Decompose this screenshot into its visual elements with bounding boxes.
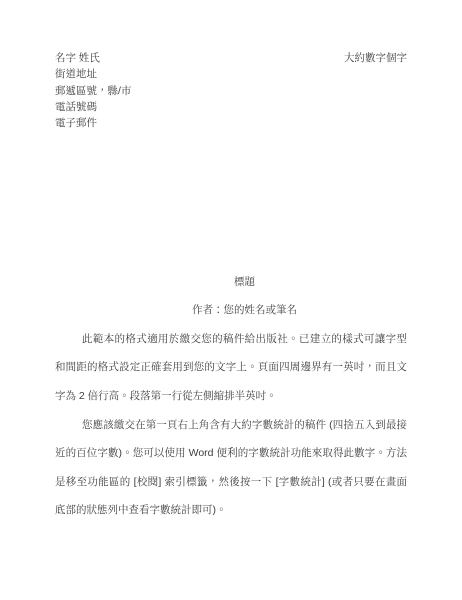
street-address-line: 街道地址	[55, 66, 407, 82]
phone-line: 電話號碼	[55, 99, 407, 115]
document-title: 標題	[55, 268, 407, 296]
body-paragraph: 您應該繳交在第一頁右上角含有大約字數統計的稿件 (四捨五入到最接近的百位字數)。…	[55, 411, 407, 525]
email-line: 電子郵件	[55, 115, 407, 131]
word-count-placeholder: 大約數字個字	[344, 50, 407, 66]
author-name-placeholder: 名字 姓氏	[55, 50, 100, 66]
header-row: 名字 姓氏 大約數字個字	[55, 50, 407, 66]
document-page: 名字 姓氏 大約數字個字 街道地址 郵遞區號，縣/市 電話號碼 電子郵件 標題 …	[0, 0, 462, 600]
body-paragraph: 此範本的格式適用於繳交您的稿件給出版社。已建立的樣式可讓字型和間距的格式設定正確…	[55, 325, 407, 410]
manuscript-content: 標題 作者：您的姓名或筆名 此範本的格式適用於繳交您的稿件給出版社。已建立的樣式…	[55, 268, 407, 525]
contact-info-block: 名字 姓氏 大約數字個字 街道地址 郵遞區號，縣/市 電話號碼 電子郵件	[55, 50, 407, 131]
city-zip-line: 郵遞區號，縣/市	[55, 83, 407, 99]
author-byline: 作者：您的姓名或筆名	[55, 296, 407, 324]
